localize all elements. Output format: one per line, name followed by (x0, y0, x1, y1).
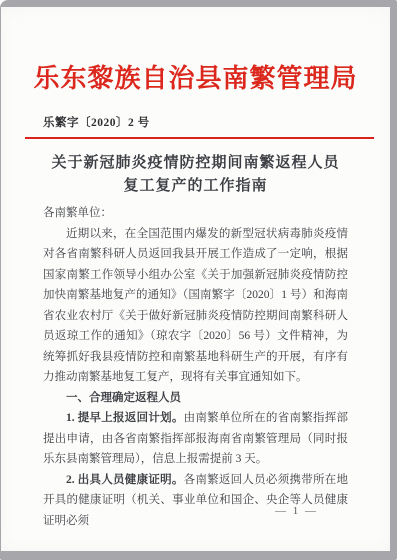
salutation: 各南繁单位： (43, 203, 348, 224)
document-title: 关于新冠肺炎疫情防控期间南繁返程人员 复工复产的工作指南 (1, 152, 390, 198)
red-divider-line (25, 137, 374, 139)
document-title-line2: 复工复产的工作指南 (1, 175, 390, 198)
page-number: — 1 — (275, 505, 318, 517)
intro-paragraph: 近期以来，在全国范围内爆发的新型冠状病毒肺炎疫情对各省南繁科研人员返回我县开展工… (43, 224, 348, 388)
document-title-line1: 关于新冠肺炎疫情防控期间南繁返程人员 (1, 152, 390, 175)
document-number: 乐繁字〔2020〕2 号 (1, 115, 390, 131)
agency-header: 乐东黎族自治县南繁管理局 (1, 61, 390, 97)
document-body: 各南繁单位： 近期以来，在全国范围内爆发的新型冠状病毒肺炎疫情对各省南繁科研人员… (1, 203, 390, 531)
item-2-lead: 2. 出具人员健康证明。 (66, 474, 184, 486)
item-1-lead: 1. 提早上报返回计划。 (66, 412, 184, 424)
scanned-document-frame: 乐东黎族自治县南繁管理局 乐繁字〔2020〕2 号 关于新冠肺炎疫情防控期间南繁… (0, 0, 397, 560)
item-2-paragraph: 2. 出具人员健康证明。各南繁返回人员必须携带所在地开具的健康证明（机关、事业单… (43, 470, 348, 532)
section-1-heading: 一、合理确定返程人员 (43, 388, 348, 409)
document-page: 乐东黎族自治县南繁管理局 乐繁字〔2020〕2 号 关于新冠肺炎疫情防控期间南繁… (1, 7, 390, 551)
item-1-paragraph: 1. 提早上报返回计划。由南繁单位所在的省南繁指挥部提出申请，由各省南繁指挥部报… (43, 408, 348, 470)
